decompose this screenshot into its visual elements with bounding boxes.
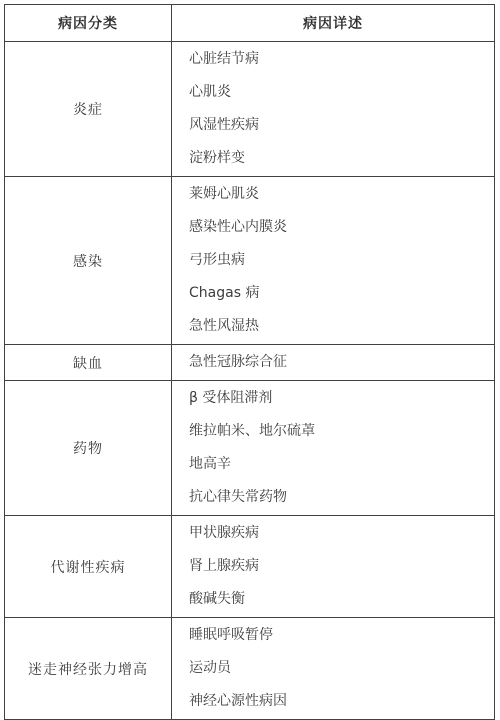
detail-item: 弓形虫病 [189, 244, 490, 277]
table-row: 缺血急性冠脉综合征 [5, 345, 495, 381]
table-row: 药物β 受体阻滞剂维拉帕米、地尔硫䓬地高辛抗心律失常药物 [5, 381, 495, 516]
category-cell: 药物 [5, 381, 172, 516]
detail-item: 运动员 [189, 652, 490, 685]
details-cell: β 受体阻滞剂维拉帕米、地尔硫䓬地高辛抗心律失常药物 [172, 381, 495, 516]
table-row: 代谢性疾病甲状腺疾病肾上腺疾病酸碱失衡 [5, 516, 495, 618]
details-cell: 莱姆心肌炎感染性心内膜炎弓形虫病Chagas 病急性风湿热 [172, 177, 495, 345]
table-header: 病因分类 病因详述 [5, 5, 495, 42]
detail-item: 酸碱失衡 [189, 583, 490, 616]
detail-item: 急性冠脉综合征 [189, 346, 490, 379]
detail-item: β 受体阻滞剂 [189, 382, 490, 415]
category-cell: 缺血 [5, 345, 172, 381]
detail-item: 维拉帕米、地尔硫䓬 [189, 415, 490, 448]
category-cell: 迷走神经张力增高 [5, 618, 172, 720]
detail-item: 急性风湿热 [189, 310, 490, 343]
detail-item: 莱姆心肌炎 [189, 178, 490, 211]
details-cell: 睡眠呼吸暂停运动员神经心源性病因 [172, 618, 495, 720]
column-header-category: 病因分类 [5, 5, 172, 42]
category-cell: 感染 [5, 177, 172, 345]
header-row: 病因分类 病因详述 [5, 5, 495, 42]
detail-item: 甲状腺疾病 [189, 517, 490, 550]
details-cell: 甲状腺疾病肾上腺疾病酸碱失衡 [172, 516, 495, 618]
detail-item: 心肌炎 [189, 76, 490, 109]
category-cell: 代谢性疾病 [5, 516, 172, 618]
detail-item: 心脏结节病 [189, 43, 490, 76]
etiology-table: 病因分类 病因详述 炎症心脏结节病心肌炎风湿性疾病淀粉样变感染莱姆心肌炎感染性心… [4, 4, 495, 720]
table-row: 迷走神经张力增高睡眠呼吸暂停运动员神经心源性病因 [5, 618, 495, 720]
detail-item: 抗心律失常药物 [189, 481, 490, 514]
details-cell: 心脏结节病心肌炎风湿性疾病淀粉样变 [172, 42, 495, 177]
detail-item: 淀粉样变 [189, 142, 490, 175]
table-body: 炎症心脏结节病心肌炎风湿性疾病淀粉样变感染莱姆心肌炎感染性心内膜炎弓形虫病Cha… [5, 42, 495, 720]
detail-item: 睡眠呼吸暂停 [189, 619, 490, 652]
detail-item: 神经心源性病因 [189, 685, 490, 718]
table-row: 炎症心脏结节病心肌炎风湿性疾病淀粉样变 [5, 42, 495, 177]
detail-item: 肾上腺疾病 [189, 550, 490, 583]
detail-item: Chagas 病 [189, 277, 490, 310]
table-row: 感染莱姆心肌炎感染性心内膜炎弓形虫病Chagas 病急性风湿热 [5, 177, 495, 345]
column-header-details: 病因详述 [172, 5, 495, 42]
detail-item: 地高辛 [189, 448, 490, 481]
detail-item: 风湿性疾病 [189, 109, 490, 142]
category-cell: 炎症 [5, 42, 172, 177]
detail-item: 感染性心内膜炎 [189, 211, 490, 244]
details-cell: 急性冠脉综合征 [172, 345, 495, 381]
